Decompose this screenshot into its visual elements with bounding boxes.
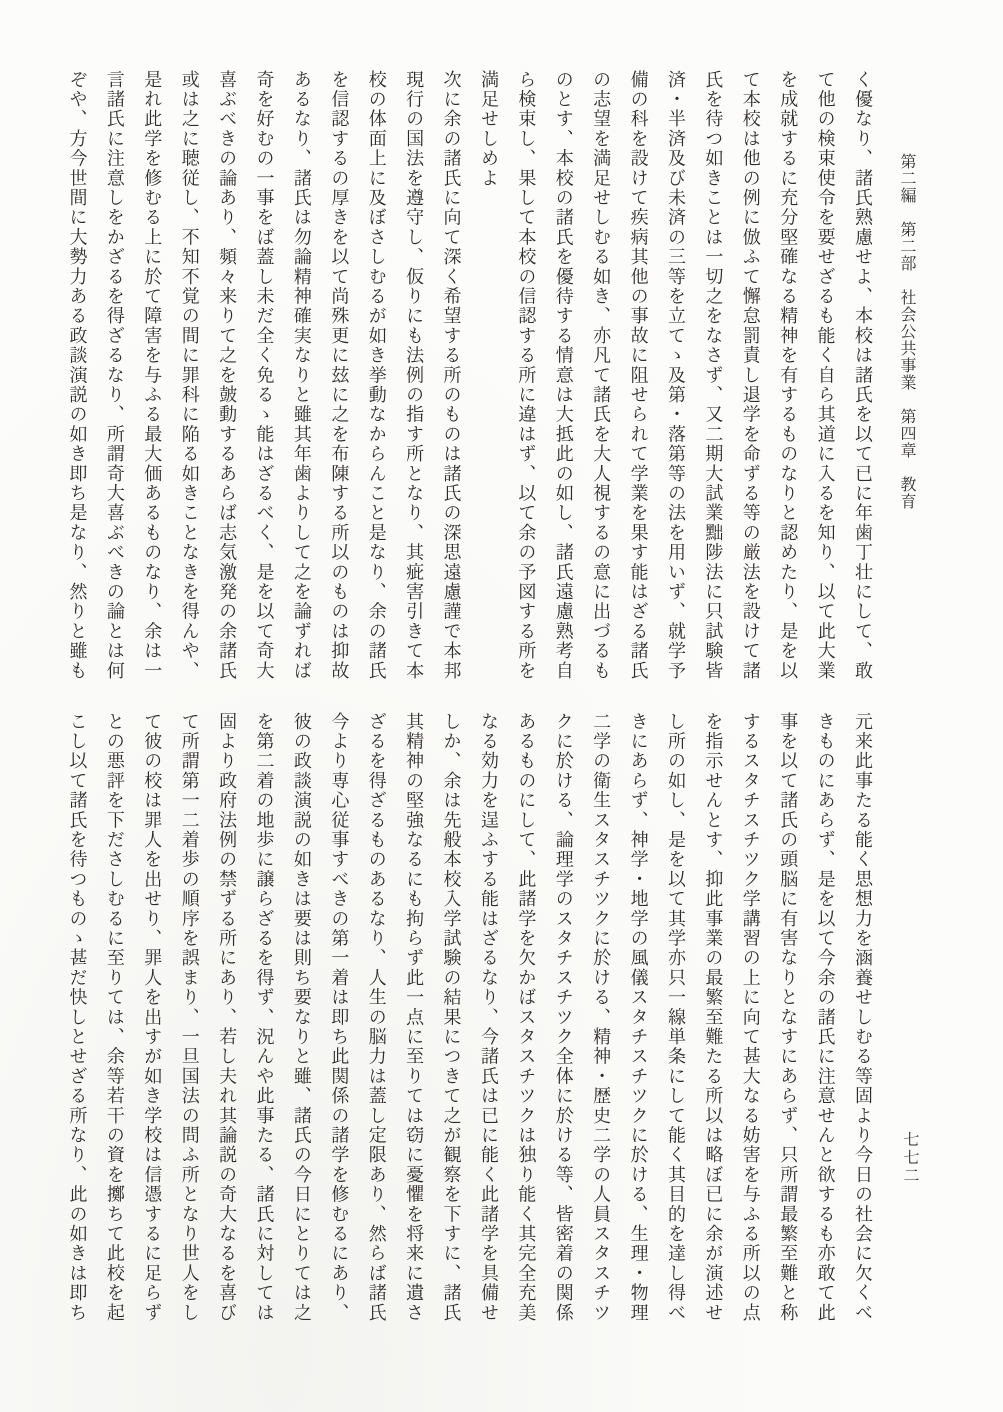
text-column: しか、余は先般本校入学試験の結果につきて之が観察を下すに、諸氏 [432, 712, 469, 1323]
page-number: 七七二 [898, 1131, 921, 1185]
text-column: 現行の国法を遵守し、仮りにも法例の指す所となり、其疵害引きて本 [395, 70, 432, 681]
text-column: 彼の政談演説の如きは要は則ち要なりと雖、諸氏の今日にとりては之 [283, 712, 320, 1323]
text-column: を指示せんとす、抑此事業の最繁至難たる所以は略ぼ已に余が演述せ [694, 712, 731, 1323]
text-column: 二学の衛生スタスチツクに於ける、精神・歴史二学の人員スタスチツ [582, 712, 619, 1323]
chapter-header: 第二編 第二部 社会公共事業 第四章 教育 [895, 153, 918, 510]
text-column: 備の科を設けて疾病其他の事故に阻せられて学業を果す能はざる諸氏 [619, 70, 656, 681]
text-column: 喜ぶべきの論あり、頻々来りて之を皷動するあらば志気激発の余諸氏 [208, 70, 245, 681]
text-column: く優なり、諸氏熟慮せよ、本校は諸氏を以て已に年歯丁壮にして、敢 [844, 70, 881, 681]
text-column: て彼の校は罪人を出せり、罪人を出すが如き学校は信憑するに足らず [133, 712, 170, 1323]
text-column: し所の如し、是を以て其学亦只一線単条にして能く其目的を達し得べ [657, 712, 694, 1323]
text-column: ざるを得ざるものあるなり、人生の脳力は蓋し定限あり、然らば諸氏 [357, 712, 394, 1323]
text-column: を第二着の地歩に譲らざるを得ず、況んや此事たる、諸氏に対しては [245, 712, 282, 1323]
paragraph-block-top: く優なり、諸氏熟慮せよ、本校は諸氏を以て已に年歯丁壮にして、敢 て他の検束使令を… [58, 70, 881, 681]
text-column: 元来此事たる能く思想力を涵養せしむる等固より今日の社会に欠くべ [844, 712, 881, 1323]
text-column: て他の検束使令を要せざるも能く自ら其道に入るを知り、以て此大業 [806, 70, 843, 681]
text-column: て本校は他の例に倣ふて懈怠罰責し退学を命ずる等の厳法を設けて諸 [731, 70, 768, 681]
text-column: の志望を満足せしむる如き、亦凡て諸氏を大人視するの意に出づるも [582, 70, 619, 681]
text-column: 奇を好むの一事をば蓋し未だ全く免るゝ能はざるべく、是を以て奇大 [245, 70, 282, 681]
text-column: あるなり、諸氏は勿論精神確実なりと雖其年歯よりして之を論ずれば [283, 70, 320, 681]
text-column: 校の体面上に及ぼさしむるが如き挙動なからんこと是なり、余の諸氏 [357, 70, 394, 681]
text-column: 満足せしめよ [470, 70, 507, 681]
text-column: を成就するに充分堅確なる精神を有するものなりと認めたり、是を以 [769, 70, 806, 681]
text-column: との悪評を下ださしむるに至りては、余等若干の資を擲ちて此校を起 [95, 712, 132, 1323]
text-column: 済・半済及び未済の三等を立てゝ及第・落第等の法を用いず、就学予 [657, 70, 694, 681]
text-column: を信認するの厚きを以て尚殊更に玆に之を布陳する所以のものは抑故 [320, 70, 357, 681]
text-column: こし以て諸氏を待つものゝ甚だ快しとせざる所なり、此の如きは即ち [58, 712, 95, 1323]
text-column: 其精神の堅強なるにも拘らず此一点に至りては窃に憂懼を将来に遺さ [395, 712, 432, 1323]
text-column: のとす、本校の諸氏を優待する情意は大抵此の如し、諸氏遠慮熟考自 [544, 70, 581, 681]
scanned-book-page: 第二編 第二部 社会公共事業 第四章 教育 く優なり、諸氏熟慮せよ、本校は諸氏を… [0, 0, 1003, 1412]
text-column: きにあらず、神学・地学の風儀スタチスチツクに於ける、生理・物理 [619, 712, 656, 1323]
text-column: あるものにして、此諸学を欠かばスタスチツクは独り能く其完全充美 [507, 712, 544, 1323]
paragraph-block-bottom: 元来此事たる能く思想力を涵養せしむる等固より今日の社会に欠くべ きものにあらず、… [58, 712, 881, 1323]
text-column: 今より専心従事すべきの第一着は即ち此関係の諸学を修むるにあり、 [320, 712, 357, 1323]
text-column: ぞや、方今世間に大勢力ある政談演説の如き即ち是なり、然りと雖も [58, 70, 95, 681]
text-column: ら検束し、果して本校の信認する所に違はず、以て余の予図する所を [507, 70, 544, 681]
text-column: クに於ける、論理学のスタチスチツク全体に於ける等、皆密着の関係 [544, 712, 581, 1323]
text-column: なる効力を逞ふする能はざるなり、今諸氏は已に能く此諸学を具備せ [470, 712, 507, 1323]
text-column: 氏を待つ如きことは一切之をなさず、又二期大試業黜陟法に只試験皆 [694, 70, 731, 681]
text-column: 事を以て諸氏の頭脳に有害なりとなすにあらず、只所謂最繁至難と称 [769, 712, 806, 1323]
text-column: 次に余の諸氏に向て深く希望する所のものは諸氏の深思遠慮謹で本邦 [432, 70, 469, 681]
text-column: 言諸氏に注意しをかざるを得ざるなり、所謂奇大喜ぶべきの論とは何 [95, 70, 132, 681]
text-column: て所謂第一二着歩の順序を誤まり、一旦国法の問ふ所となり世人をし [170, 712, 207, 1323]
text-column: 是れ此学を修むる上に於て障害を与ふる最大価あるものなり、余は一 [133, 70, 170, 681]
text-column: 固より政府法例の禁ずる所にあり、若し夫れ其論説の奇大なるを喜び [208, 712, 245, 1323]
text-column: 或は之に聴従し、不知不覚の間に罪科に陥る如きことなきを得んや、 [170, 70, 207, 681]
text-column: するスタチスチツク学講習の上に向て甚大なる妨害を与ふる所以の点 [731, 712, 768, 1323]
text-column: きものにあらず、是を以て今余の諸氏に注意せんと欲するも亦敢て此 [806, 712, 843, 1323]
